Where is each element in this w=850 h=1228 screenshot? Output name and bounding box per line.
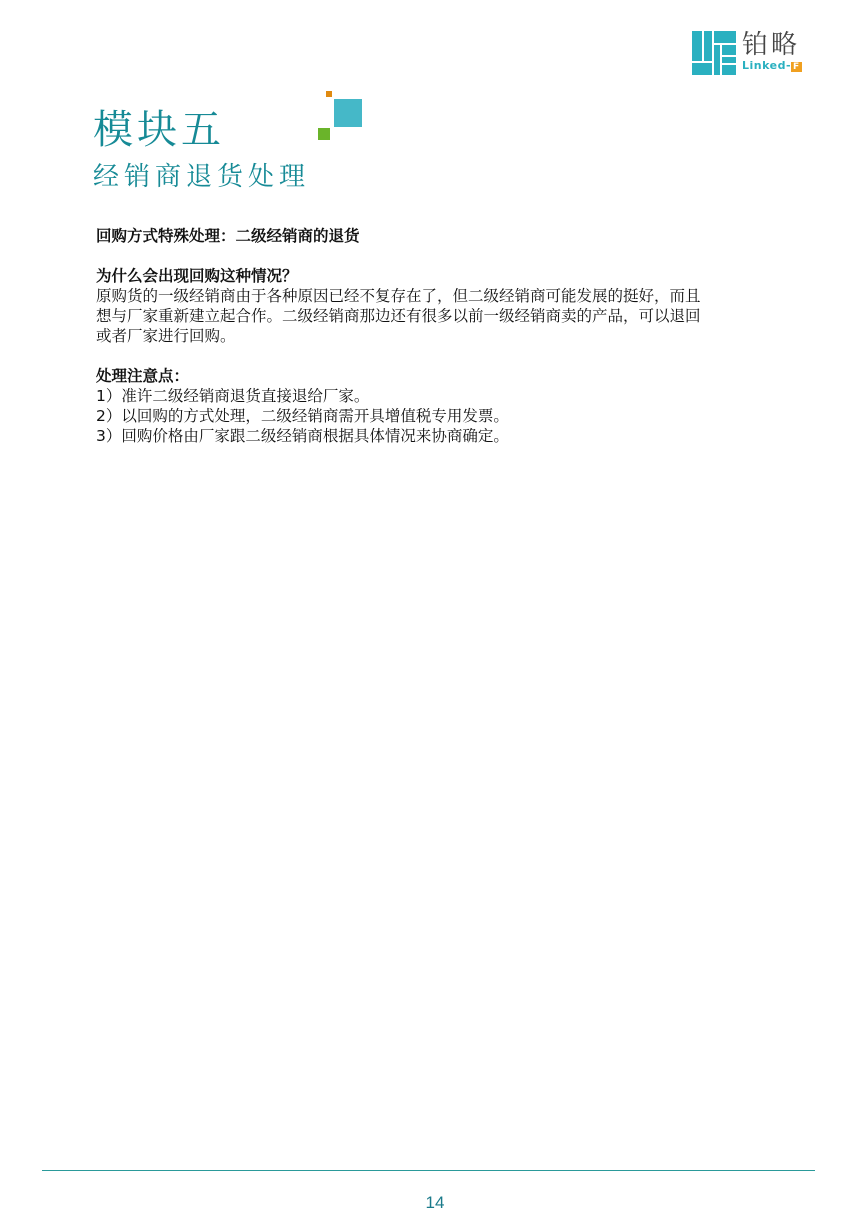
note-item: 2）以回购的方式处理，二级经销商需开具增值税专用发票。 bbox=[96, 406, 796, 426]
decor-square-teal bbox=[334, 99, 362, 127]
page-number: 14 bbox=[0, 1193, 850, 1213]
question-heading: 为什么会出现回购这种情况？ bbox=[96, 266, 796, 286]
question-body-line: 或者厂家进行回购。 bbox=[96, 326, 796, 346]
section-heading: 回购方式特殊处理：二级经销商的退货 bbox=[96, 226, 796, 246]
brand-logo: 铂略 Linked-F bbox=[692, 31, 802, 75]
logo-badge: F bbox=[791, 62, 802, 72]
footer-divider bbox=[42, 1170, 815, 1171]
document-body: 回购方式特殊处理：二级经销商的退货 为什么会出现回购这种情况？ 原购货的一级经销… bbox=[96, 226, 796, 446]
logo-name-cn: 铂略 bbox=[742, 31, 802, 59]
note-item: 3）回购价格由厂家跟二级经销商根据具体情况来协商确定。 bbox=[96, 426, 796, 446]
module-title: 模块五 bbox=[93, 106, 225, 154]
notes-heading: 处理注意点： bbox=[96, 366, 796, 386]
decor-square-green bbox=[318, 128, 330, 140]
decor-square-orange bbox=[326, 91, 332, 97]
linkedf-logo-icon bbox=[692, 31, 736, 75]
logo-name-en: Linked-F bbox=[742, 60, 802, 72]
question-body-line: 想与厂家重新建立起合作。二级经销商那边还有很多以前一级经销商卖的产品，可以退回 bbox=[96, 306, 796, 326]
module-subtitle: 经销商退货处理 bbox=[93, 160, 310, 194]
note-item: 1）准许二级经销商退货直接退给厂家。 bbox=[96, 386, 796, 406]
question-body-line: 原购货的一级经销商由于各种原因已经不复存在了，但二级经销商可能发展的挺好，而且 bbox=[96, 286, 796, 306]
